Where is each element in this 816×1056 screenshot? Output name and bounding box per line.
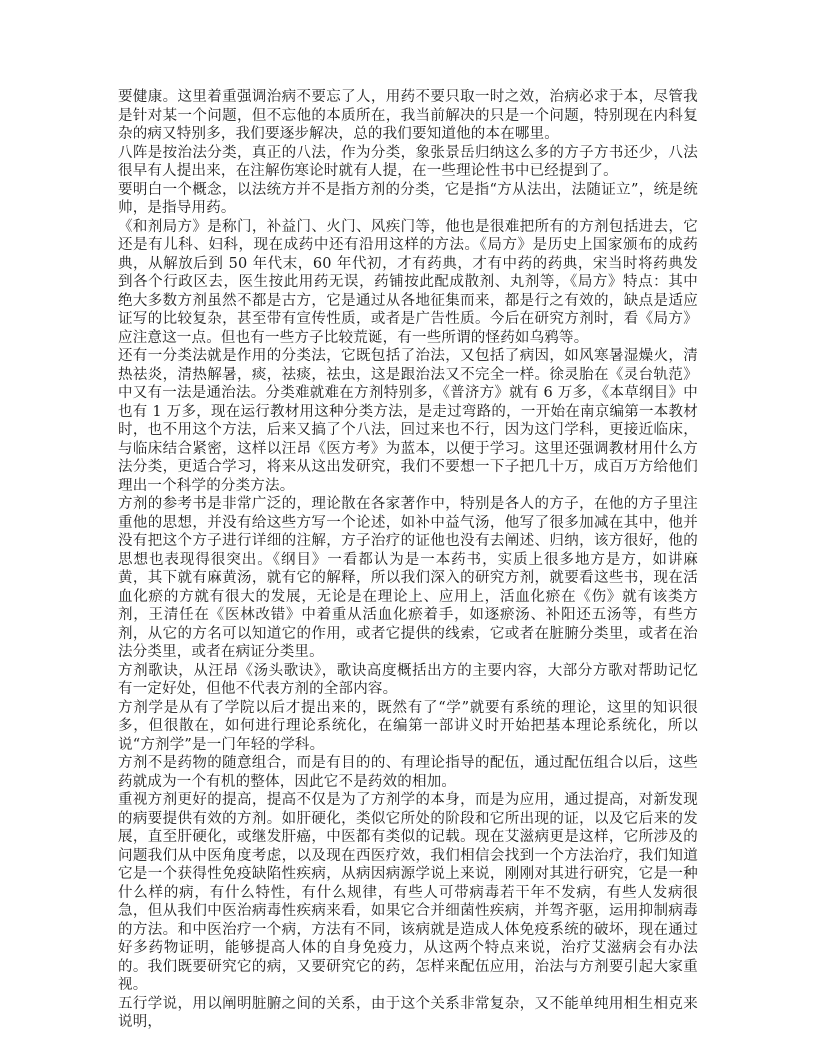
paragraph: 方剂学是从有了学院以后才提出来的，既然有了“学”就要有系统的理论，这里的知识很多… bbox=[118, 699, 698, 755]
paragraph: 还有一分类法就是作用的分类法，它既包括了治法，又包括了病因，如风寒暑湿燥火，清热… bbox=[118, 347, 698, 495]
paragraph: 要健康。这里着重强调治病不要忘了人，用药不要只取一时之效，治病必求于本，尽管我是… bbox=[118, 88, 698, 144]
paragraph: 八阵是按治法分类，真正的八法，作为分类，象张景岳归纳这么多的方子方书还少，八法很… bbox=[118, 144, 698, 181]
paragraph: 方剂歌诀，从汪昂《汤头歌诀》，歌诀高度概括出方的主要内容，大部分方歌对帮助记忆有… bbox=[118, 662, 698, 699]
document-text: 要健康。这里着重强调治病不要忘了人，用药不要只取一时之效，治病必求于本，尽管我是… bbox=[118, 88, 698, 1032]
paragraph: 要明白一个概念，以法统方并不是指方剂的分类，它是指“方从法出，法随证立”，统是统… bbox=[118, 181, 698, 218]
paragraph: 《和剂局方》是称门，补益门、火门、风疾门等，他也是很难把所有的方剂包括进去，它还… bbox=[118, 218, 698, 348]
paragraph: 方剂不是药物的随意组合，而是有目的的、有理论指导的配伍，通过配伍组合以后，这些药… bbox=[118, 754, 698, 791]
paragraph: 方剂的参考书是非常广泛的，理论散在各家著作中，特别是各人的方子，在他的方子里注重… bbox=[118, 495, 698, 662]
document-page: 要健康。这里着重强调治病不要忘了人，用药不要只取一时之效，治病必求于本，尽管我是… bbox=[0, 0, 816, 1056]
paragraph: 五行学说，用以阐明脏腑之间的关系，由于这个关系非常复杂，又不能单纯用相生相克来说… bbox=[118, 995, 698, 1032]
paragraph: 重视方剂更好的提高，提高不仅是为了方剂学的本身，而是为应用，通过提高，对新发现的… bbox=[118, 791, 698, 995]
